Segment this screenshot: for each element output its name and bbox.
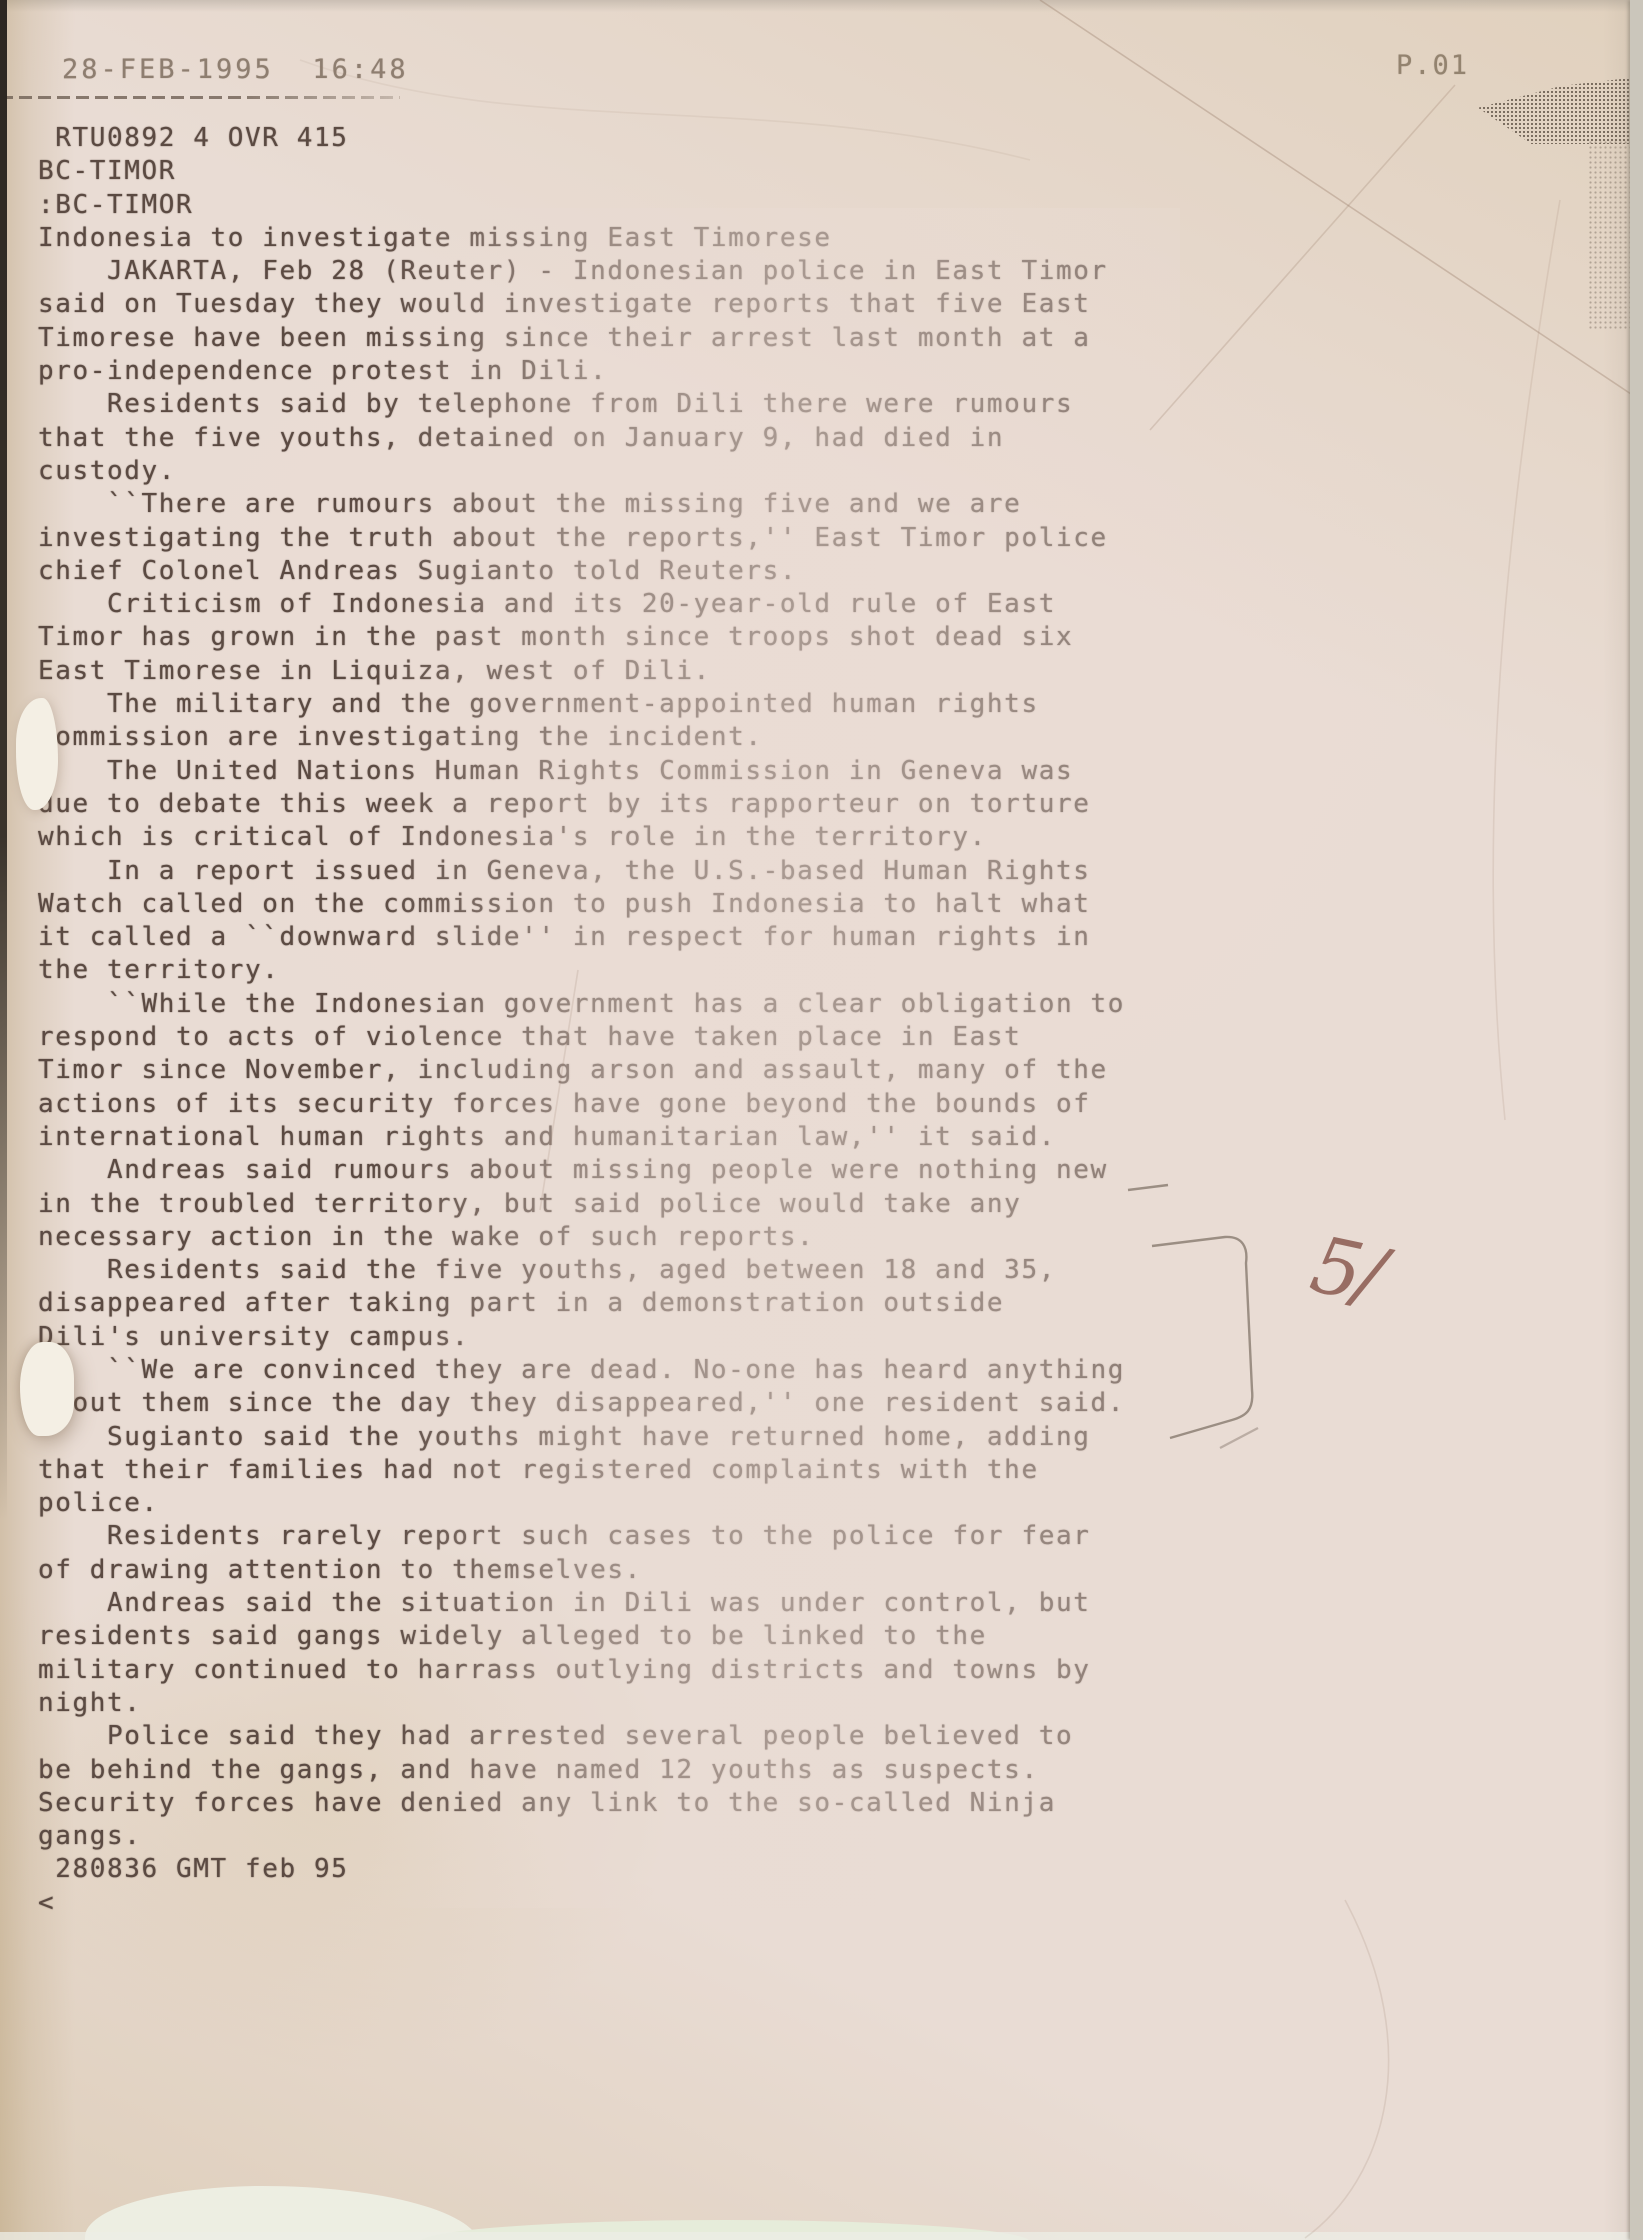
- text-line: Watch called on the commission to push I…: [38, 888, 1125, 921]
- text-line: it called a ``downward slide'' in respec…: [38, 921, 1125, 954]
- text-line: respond to acts of violence that have ta…: [38, 1021, 1125, 1054]
- text-line: disappeared after taking part in a demon…: [38, 1287, 1125, 1320]
- article-text: RTU0892 4 OVR 415BC-TIMOR:BC-TIMORIndone…: [38, 122, 1125, 1920]
- text-line: Timorese have been missing since their a…: [38, 322, 1125, 355]
- text-line: Andreas said the situation in Dili was u…: [38, 1587, 1125, 1620]
- text-line: investigating the truth about the report…: [38, 522, 1125, 555]
- text-line: due to debate this week a report by its …: [38, 788, 1125, 821]
- text-line: which is critical of Indonesia's role in…: [38, 821, 1125, 854]
- bottom-edge-strip: [0, 2232, 1643, 2240]
- scan-left-edge: [0, 0, 7, 1520]
- text-line: Criticism of Indonesia and its 20-year-o…: [38, 588, 1125, 621]
- paper-hole: [16, 698, 58, 810]
- text-line: residents said gangs widely alleged to b…: [38, 1620, 1125, 1653]
- margin-bracket-annotation: [1128, 1185, 1258, 1448]
- text-line: necessary action in the wake of such rep…: [38, 1221, 1125, 1254]
- text-line: Timor since November, including arson an…: [38, 1054, 1125, 1087]
- text-line: be behind the gangs, and have named 12 y…: [38, 1754, 1125, 1787]
- fax-datetime: 28-FEB-1995 16:48: [62, 54, 409, 85]
- text-line: East Timorese in Liquiza, west of Dili.: [38, 655, 1125, 688]
- toner-speckle-edge: [1588, 140, 1634, 330]
- text-line: the territory.: [38, 954, 1125, 987]
- text-line: of drawing attention to themselves.: [38, 1554, 1125, 1587]
- text-line: chief Colonel Andreas Sugianto told Reut…: [38, 555, 1125, 588]
- text-line: night.: [38, 1687, 1125, 1720]
- text-line: Dili's university campus.: [38, 1321, 1125, 1354]
- scan-right-edge: [1630, 0, 1643, 2240]
- text-line: police.: [38, 1487, 1125, 1520]
- text-line: international human rights and humanitar…: [38, 1121, 1125, 1154]
- text-line: <: [38, 1887, 1125, 1920]
- fax-header-rule: [0, 96, 400, 99]
- text-line: military continued to harrass outlying d…: [38, 1654, 1125, 1687]
- text-line: said on Tuesday they would investigate r…: [38, 288, 1125, 321]
- text-line: The United Nations Human Rights Commissi…: [38, 755, 1125, 788]
- fax-page-number: P.01: [1396, 50, 1469, 81]
- text-line: that their families had not registered c…: [38, 1454, 1125, 1487]
- text-line: pro-independence protest in Dili.: [38, 355, 1125, 388]
- text-line: actions of its security forces have gone…: [38, 1088, 1125, 1121]
- text-line: JAKARTA, Feb 28 (Reuter) - Indonesian po…: [38, 255, 1125, 288]
- text-line: that the five youths, detained on Januar…: [38, 422, 1125, 455]
- text-line: gangs.: [38, 1820, 1125, 1853]
- text-line: in the troubled territory, but said poli…: [38, 1188, 1125, 1221]
- scanned-fax-page: 28-FEB-1995 16:48 P.01 RTU0892 4 OVR 415…: [0, 0, 1643, 2240]
- text-line: Indonesia to investigate missing East Ti…: [38, 222, 1125, 255]
- text-line: about them since the day they disappeare…: [38, 1387, 1125, 1420]
- text-line: In a report issued in Geneva, the U.S.-b…: [38, 855, 1125, 888]
- text-line: Residents said by telephone from Dili th…: [38, 388, 1125, 421]
- text-line: Timor has grown in the past month since …: [38, 621, 1125, 654]
- text-line: custody.: [38, 455, 1125, 488]
- handwritten-mark: 5/: [1303, 1220, 1388, 1322]
- text-line: RTU0892 4 OVR 415: [38, 122, 1125, 155]
- text-line: Residents said the five youths, aged bet…: [38, 1254, 1125, 1287]
- text-line: commission are investigating the inciden…: [38, 721, 1125, 754]
- text-line: Police said they had arrested several pe…: [38, 1720, 1125, 1753]
- text-line: ``While the Indonesian government has a …: [38, 988, 1125, 1021]
- text-line: BC-TIMOR: [38, 155, 1125, 188]
- text-line: The military and the government-appointe…: [38, 688, 1125, 721]
- paper-hole: [20, 1342, 74, 1436]
- text-line: 280836 GMT feb 95: [38, 1853, 1125, 1886]
- text-line: Andreas said rumours about missing peopl…: [38, 1154, 1125, 1187]
- text-line: ``There are rumours about the missing fi…: [38, 488, 1125, 521]
- toner-speckle-corner: [1478, 78, 1630, 144]
- text-line: Security forces have denied any link to …: [38, 1787, 1125, 1820]
- text-line: Residents rarely report such cases to th…: [38, 1520, 1125, 1553]
- text-line: :BC-TIMOR: [38, 189, 1125, 222]
- text-line: Sugianto said the youths might have retu…: [38, 1421, 1125, 1454]
- text-line: ``We are convinced they are dead. No-one…: [38, 1354, 1125, 1387]
